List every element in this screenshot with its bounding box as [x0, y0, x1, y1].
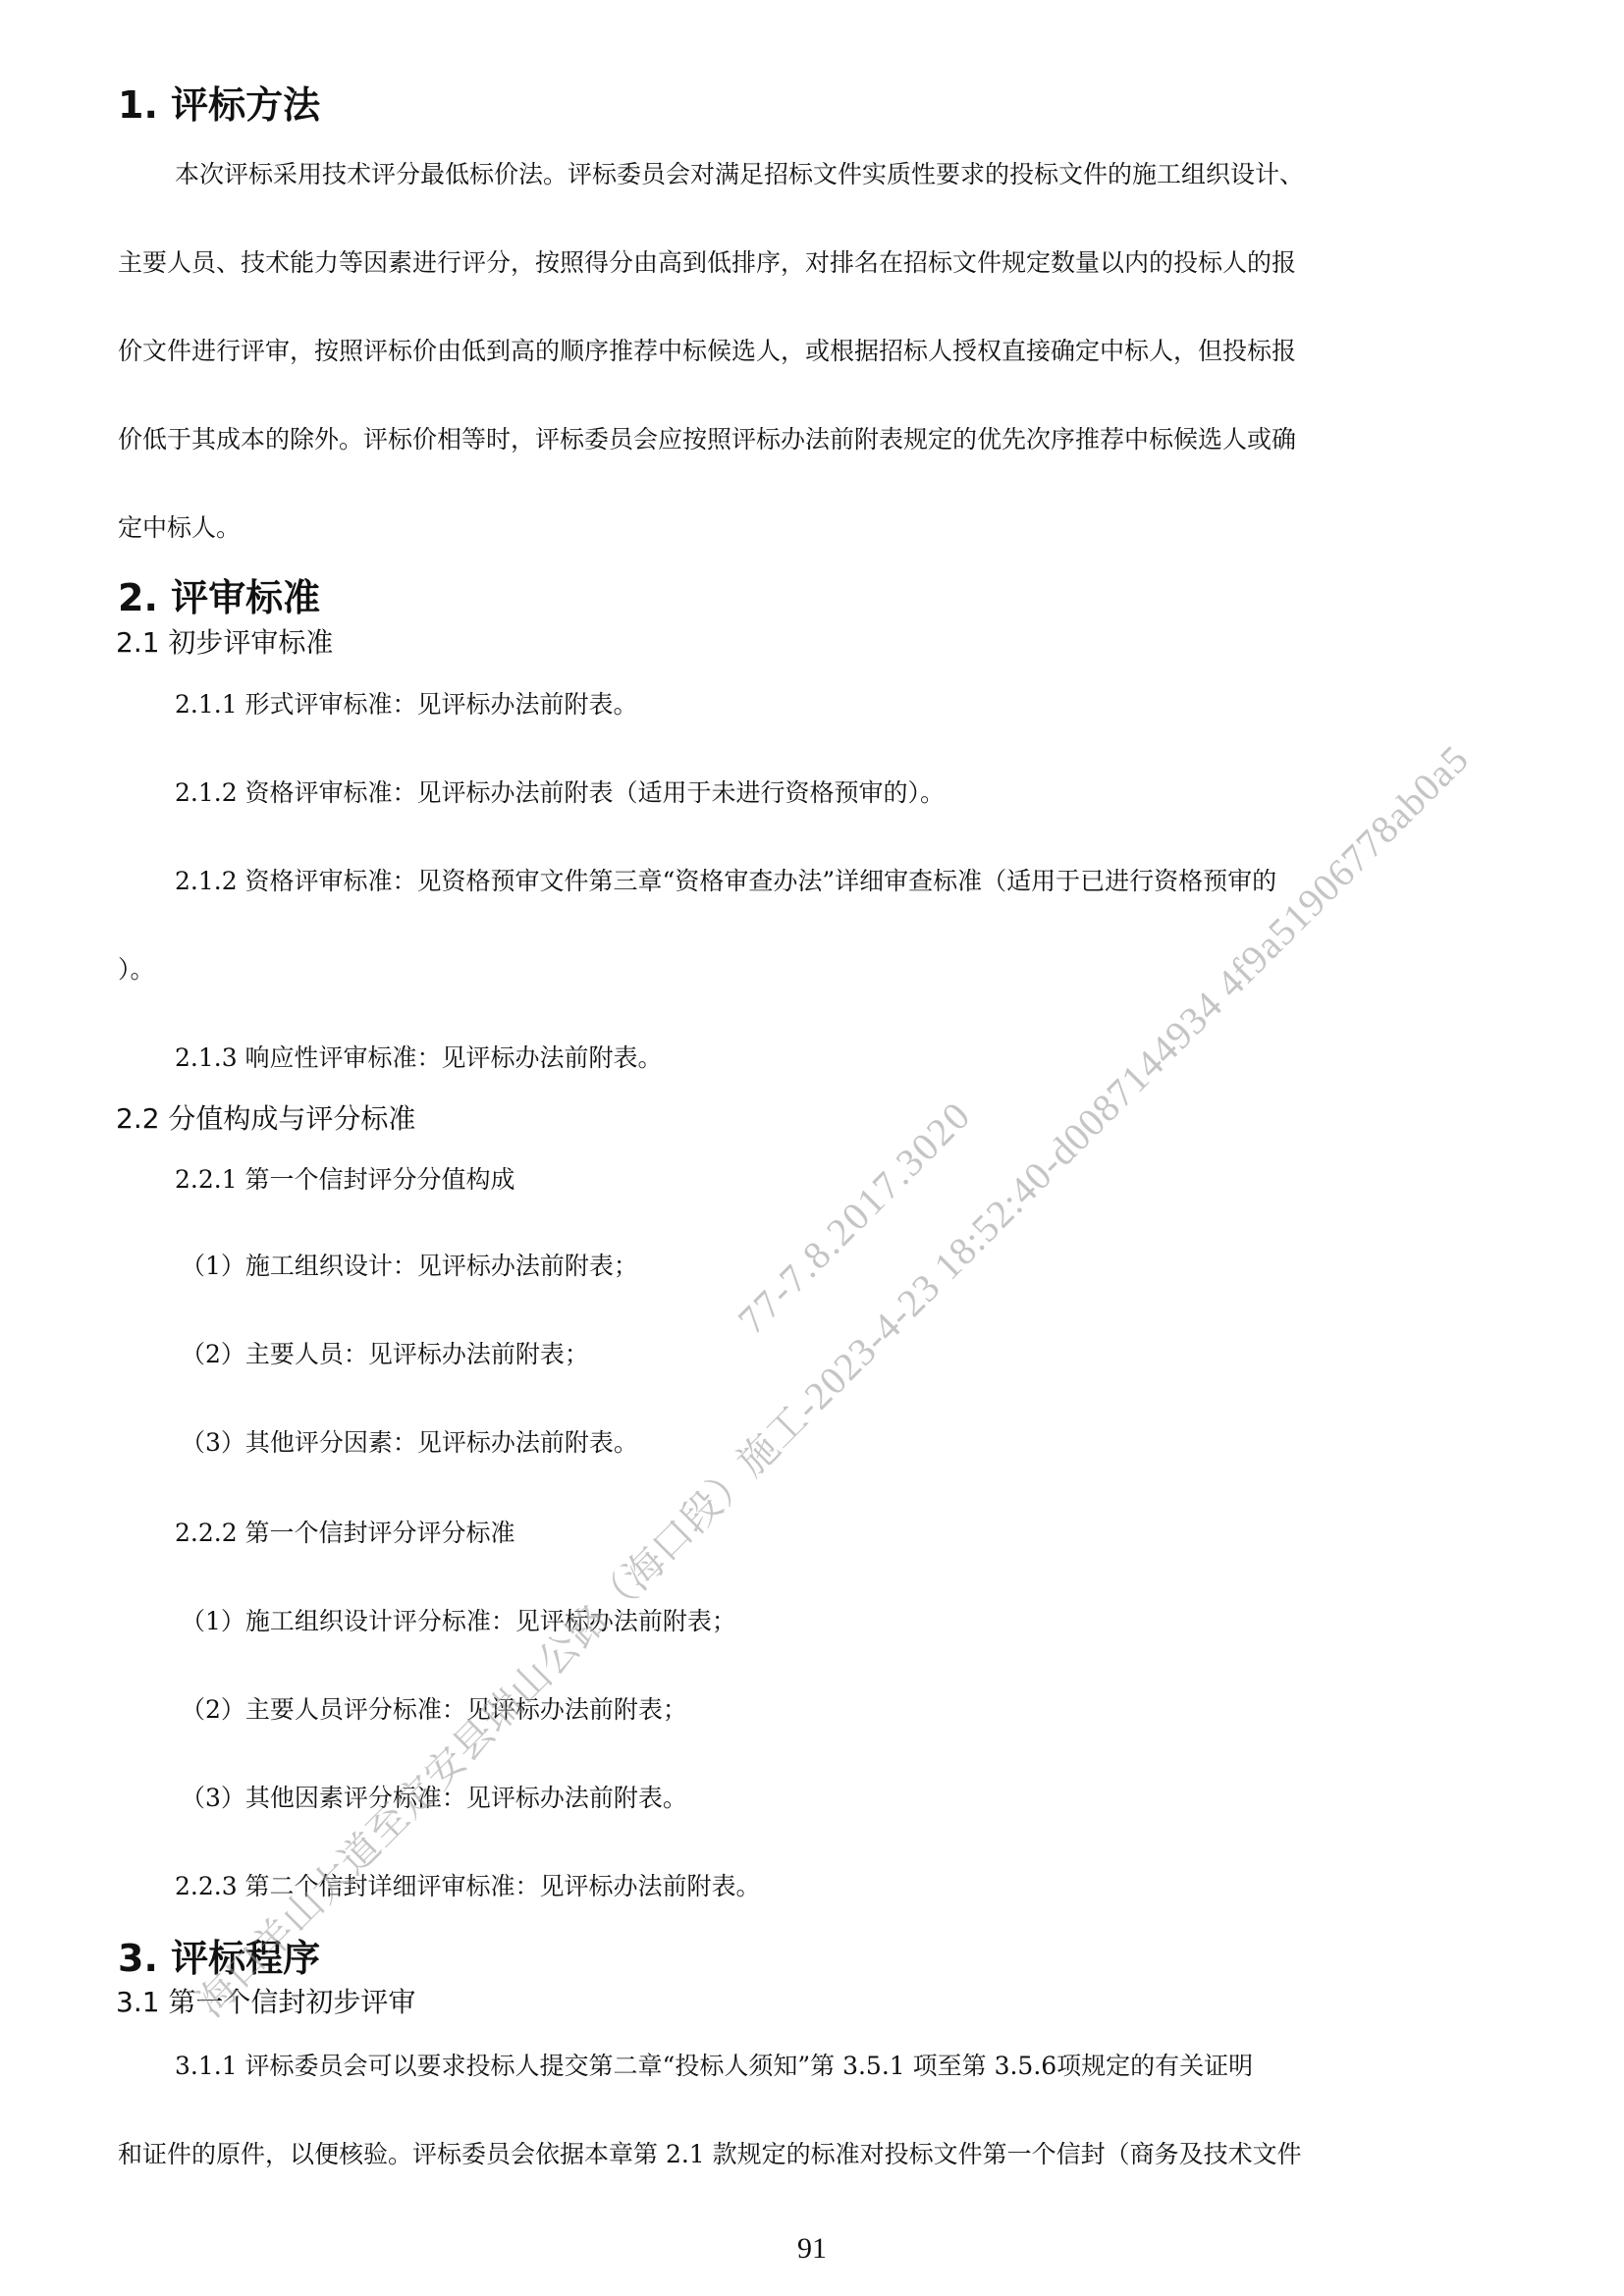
- section-2-heading: 2. 评审标准: [118, 579, 320, 616]
- list-item: （1）施工组织设计评分标准：见评标办法前附表；: [181, 1609, 736, 1633]
- clause-2-1-2b-continued: ）。: [118, 957, 155, 982]
- clause-2-1-2b: 2.1.2 资格评审标准：见资格预审文件第三章“资格审查办法”详细审查标准（适用…: [175, 869, 1276, 893]
- subsection-2-2-heading: 2.2 分值构成与评分标准: [116, 1105, 415, 1133]
- clause-2-1-2a: 2.1.2 资格评审标准：见评标办法前附表（适用于未进行资格预审的）。: [175, 780, 945, 805]
- list-item: （3）其他评分因素：见评标办法前附表。: [181, 1430, 638, 1455]
- paragraph-line: 主要人员、技术能力等因素进行评分，按照得分由高到低排序，对排名在招标文件规定数量…: [118, 250, 1506, 275]
- section-1-heading: 1. 评标方法: [118, 86, 320, 124]
- list-item: （2）主要人员：见评标办法前附表；: [181, 1342, 589, 1366]
- clause-2-2-3: 2.2.3 第二个信封详细评审标准：见评标办法前附表。: [175, 1874, 761, 1898]
- clause-2-1-3: 2.1.3 响应性评审标准：见评标办法前附表。: [175, 1045, 663, 1070]
- watermark-line-1: 海口羊山大道至定安县瑞山公路（海口段）施工-2023-4-23 18:52:40…: [182, 730, 1480, 2028]
- paragraph-line: 价低于其成本的除外。评标价相等时，评标委员会应按照评标办法前附表规定的优先次序推…: [118, 427, 1506, 452]
- clause-2-1-1: 2.1.1 形式评审标准：见评标办法前附表。: [175, 692, 638, 717]
- paragraph-line: 本次评标采用技术评分最低标价法。评标委员会对满足招标文件实质性要求的投标文件的施…: [175, 162, 1304, 187]
- subsection-3-1-heading: 3.1 第一个信封初步评审: [116, 1989, 415, 2016]
- clause-2-2-1-heading: 2.2.1 第一个信封评分分值构成: [175, 1167, 515, 1192]
- page-number: 91: [0, 2234, 1624, 2264]
- paragraph-line: 定中标人。: [118, 515, 1506, 540]
- paragraph-line: 价文件进行评审，按照评标价由低到高的顺序推荐中标候选人，或根据招标人授权直接确定…: [118, 339, 1506, 363]
- subsection-2-1-heading: 2.1 初步评审标准: [116, 629, 333, 657]
- clause-3-1-1-continued: 和证件的原件，以便核验。评标委员会依据本章第 2.1 款规定的标准对投标文件第一…: [118, 2142, 1506, 2166]
- clause-2-2-2-heading: 2.2.2 第一个信封评分评分标准: [175, 1521, 515, 1545]
- clause-3-1-1: 3.1.1 评标委员会可以要求投标人提交第二章“投标人须知”第 3.5.1 项至…: [175, 2054, 1253, 2078]
- list-item: （2）主要人员评分标准：见评标办法前附表；: [181, 1697, 687, 1722]
- list-item: （1）施工组织设计：见评标办法前附表；: [181, 1254, 638, 1278]
